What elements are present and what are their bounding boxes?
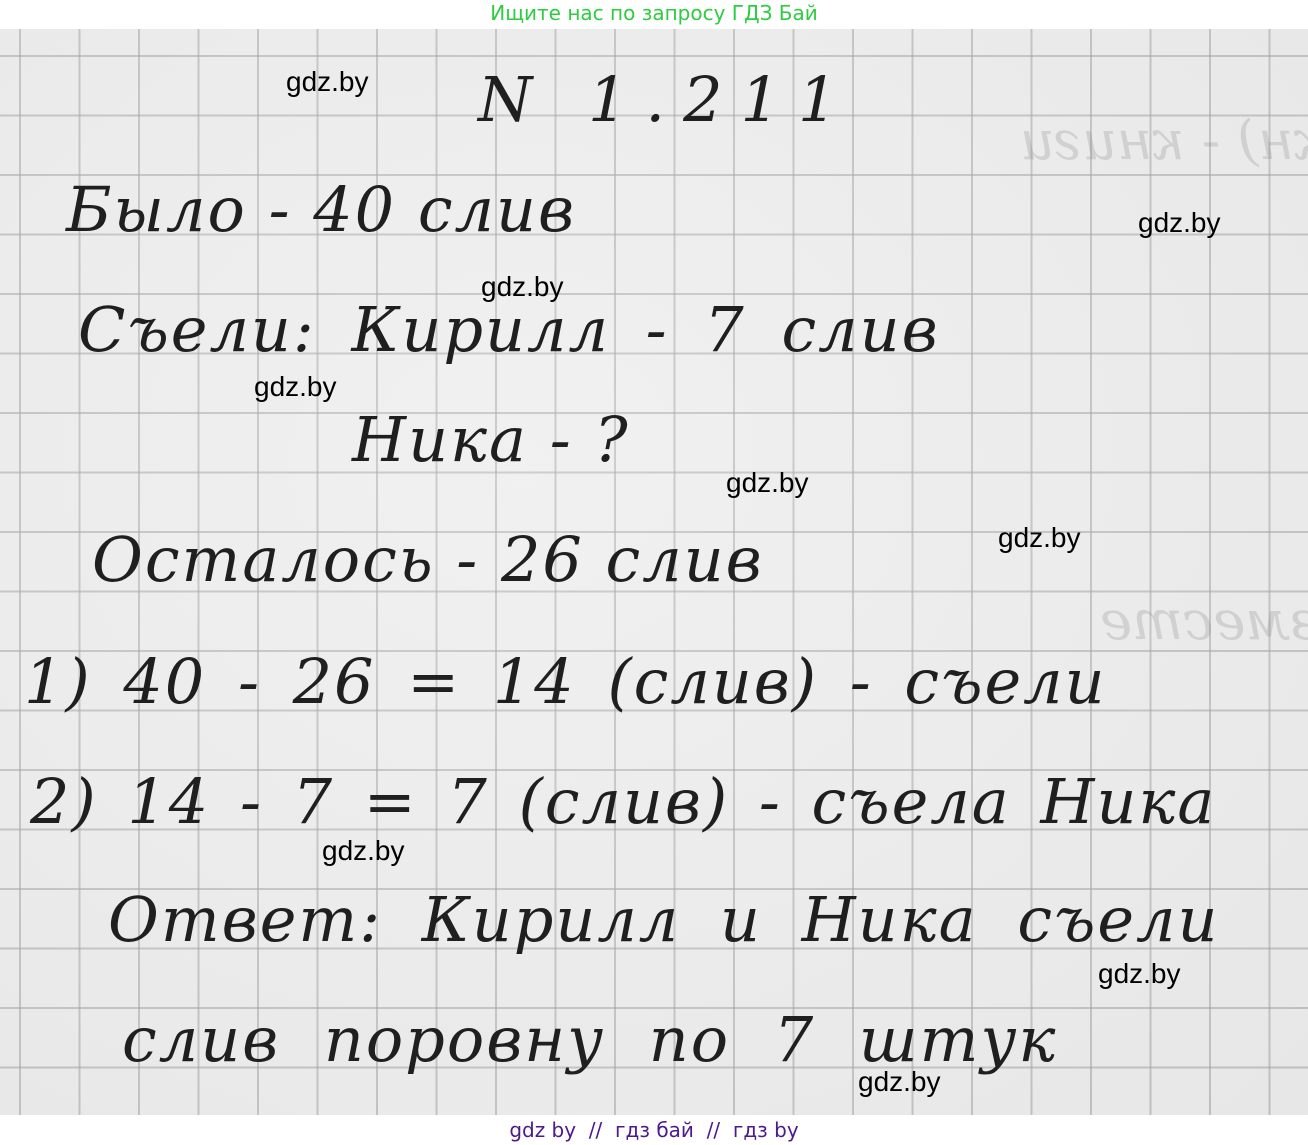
watermark: gdz.by	[1098, 960, 1181, 988]
step-2-line: 2) 14 - 7 = 7 (слив) - съела Ника	[30, 771, 1216, 833]
problem-number: N 1.211	[478, 69, 855, 131]
watermark: gdz.by	[1138, 209, 1221, 237]
watermark: gdz.by	[726, 469, 809, 497]
step-1-line: 1) 40 - 26 = 14 (слив) - съели	[24, 651, 1107, 713]
remaining-line: Осталось - 26 слив	[92, 529, 764, 591]
top-banner-text: Ищите нас по запросу ГДЗ Бай	[490, 1, 818, 25]
given-kirill-line: Съели: Кирилл - 7 слив	[78, 299, 940, 361]
watermark: gdz.by	[322, 837, 405, 865]
answer-line-2: слив поровну по 7 штук	[122, 1009, 1057, 1071]
bottom-banner-text: gdz by // гдз бай // гдз by	[509, 1118, 798, 1142]
watermark: gdz.by	[998, 524, 1081, 552]
ghost-text: 120 - 69 = 51 (кн) - книги	[1020, 109, 1308, 172]
top-banner: Ищите нас по запросу ГДЗ Бай	[0, 0, 1308, 28]
given-total-line: Было - 40 слив	[66, 179, 576, 241]
watermark: gdz.by	[254, 373, 337, 401]
notebook-page: 120 - 69 = 51 (кн) - книги Ответ: Шахмат…	[0, 29, 1308, 1115]
watermark: gdz.by	[858, 1068, 941, 1096]
watermark: gdz.by	[481, 273, 564, 301]
watermark: gdz.by	[286, 68, 369, 96]
answer-line-1: Ответ: Кирилл и Ника съели	[108, 889, 1219, 951]
given-nika-line: Ника - ?	[352, 409, 630, 471]
bottom-banner: gdz by // гдз бай // гдз by	[0, 1115, 1308, 1145]
ghost-text: Ответ: Шахматы вместе	[1100, 589, 1308, 652]
